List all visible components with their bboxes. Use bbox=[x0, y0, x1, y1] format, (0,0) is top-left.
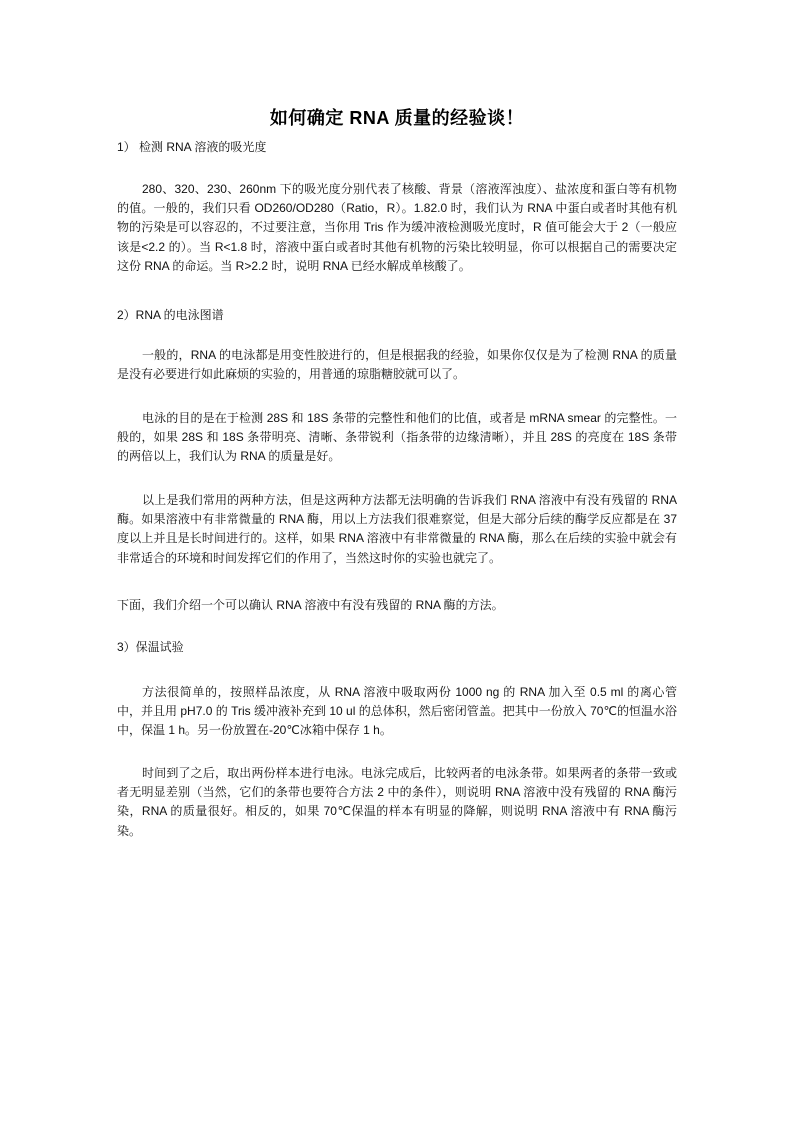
section-3-paragraph-2: 时间到了之后，取出两份样本进行电泳。电泳完成后，比较两者的电泳条带。如果两者的条… bbox=[117, 764, 677, 841]
section-1-heading: 1） 检测 RNA 溶液的吸光度 bbox=[117, 138, 266, 157]
section-1-paragraph-1: 280、320、230、260nm 下的吸光度分别代表了核酸、背景（溶液浑浊度）… bbox=[117, 180, 677, 276]
section-2-paragraph-3: 以上是我们常用的两种方法，但是这两种方法都无法明确的告诉我们 RNA 溶液中有没… bbox=[117, 491, 677, 568]
section-2-paragraph-2: 电泳的目的是在于检测 28S 和 18S 条带的完整性和他们的比值，或者是 mR… bbox=[117, 409, 677, 467]
section-3-paragraph-1: 方法很简单的，按照样品浓度，从 RNA 溶液中吸取两份 1000 ng 的 RN… bbox=[117, 683, 677, 741]
document-title: 如何确定 RNA 质量的经验谈！ bbox=[117, 104, 677, 130]
section-2-paragraph-4: 下面，我们介绍一个可以确认 RNA 溶液中有没有残留的 RNA 酶的方法。 bbox=[117, 596, 677, 615]
section-2-heading: 2）RNA 的电泳图谱 bbox=[117, 306, 224, 325]
section-2-paragraph-1: 一般的，RNA 的电泳都是用变性胶进行的，但是根据我的经验，如果你仅仅是为了检测… bbox=[117, 346, 677, 384]
section-3-heading: 3）保温试验 bbox=[117, 638, 184, 657]
